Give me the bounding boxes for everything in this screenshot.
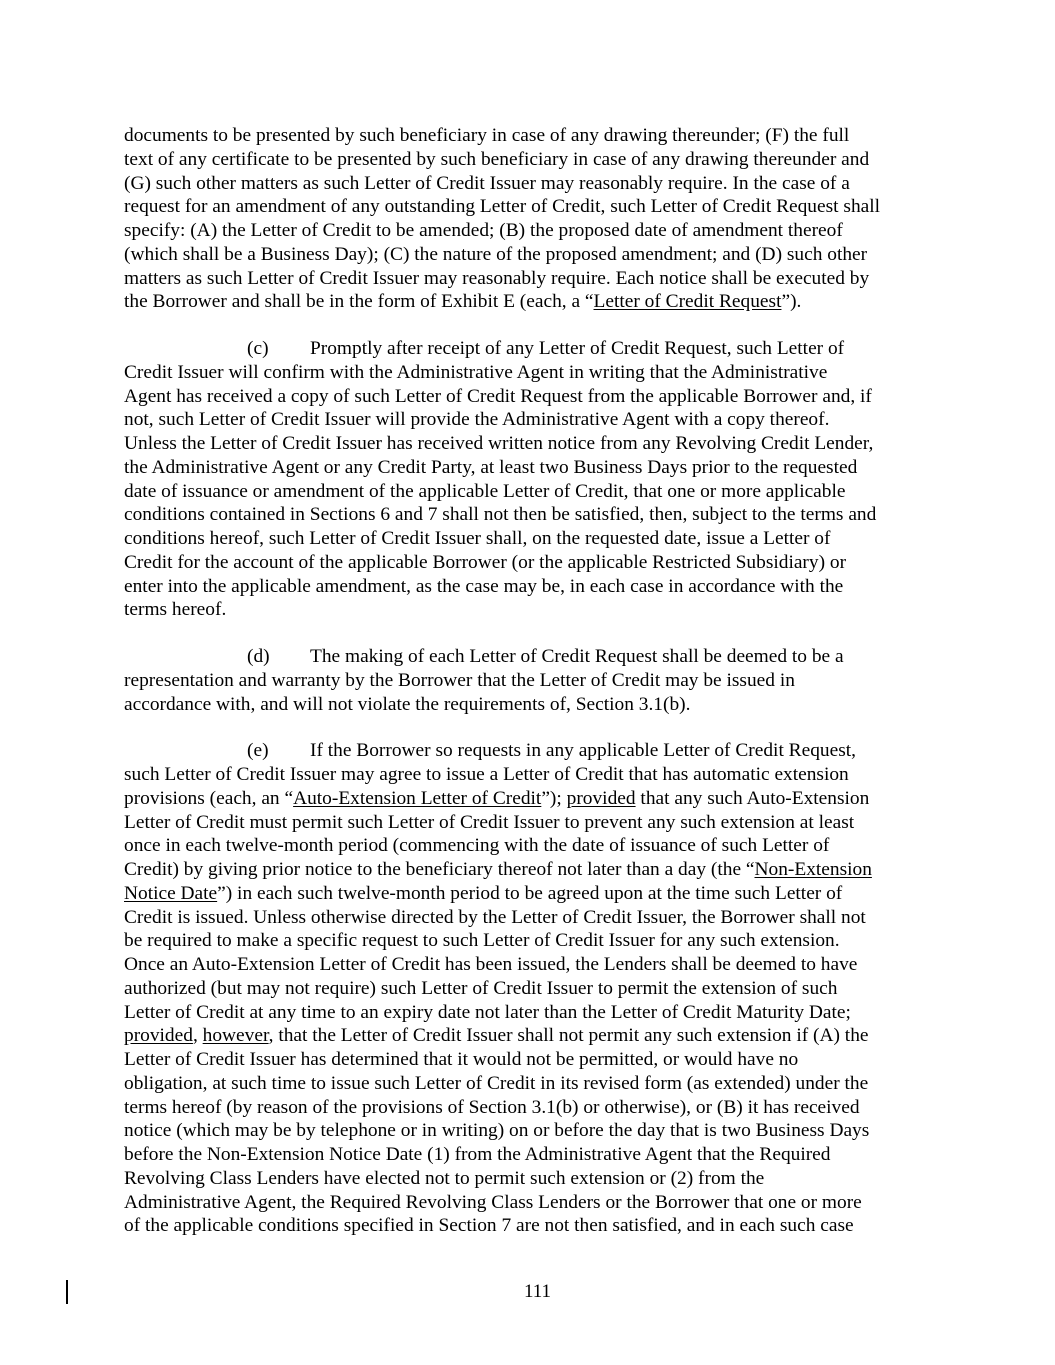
paragraph-continuation: documents to be presented by such benefi… (124, 124, 924, 314)
text-line: obligation, at such time to issue such L… (124, 1072, 924, 1096)
paragraph-label: (e) (247, 739, 310, 763)
text-line: Credit is issued. Unless otherwise direc… (124, 906, 924, 930)
text-line: specify: (A) the Letter of Credit to be … (124, 219, 924, 243)
text-line: documents to be presented by such benefi… (124, 124, 924, 148)
text-line: be required to make a specific request t… (124, 929, 924, 953)
text-run: ”); (541, 788, 566, 809)
text-line: once in each twelve-month period (commen… (124, 834, 924, 858)
text-line: of the applicable conditions specified i… (124, 1214, 924, 1238)
text-line: enter into the applicable amendment, as … (124, 575, 924, 599)
text-line: Once an Auto-Extension Letter of Credit … (124, 953, 924, 977)
text-run: ”). (781, 291, 801, 312)
text-line: the Administrative Agent or any Credit P… (124, 456, 924, 480)
text-line: (e)If the Borrower so requests in any ap… (124, 739, 924, 763)
text-line: conditions contained in Sections 6 and 7… (124, 503, 924, 527)
text-line: Letter of Credit at any time to an expir… (124, 1001, 924, 1025)
text-line: Administrative Agent, the Required Revol… (124, 1191, 924, 1215)
defined-term-non-extension-notice-date: Notice Date (124, 883, 217, 904)
text-line: request for an amendment of any outstand… (124, 195, 924, 219)
text-line: matters as such Letter of Credit Issuer … (124, 267, 924, 291)
text-line: Credit for the account of the applicable… (124, 551, 924, 575)
text-line: provided, however, that the Letter of Cr… (124, 1024, 924, 1048)
text-line: not, such Letter of Credit Issuer will p… (124, 408, 924, 432)
text-run: provisions (each, an “ (124, 788, 293, 809)
text-line: authorized (but may not require) such Le… (124, 977, 924, 1001)
text-line: (d)The making of each Letter of Credit R… (124, 645, 924, 669)
text-line: terms hereof (by reason of the provision… (124, 1096, 924, 1120)
defined-term-letter-of-credit-request: Letter of Credit Request (594, 291, 782, 312)
text-line: date of issuance or amendment of the app… (124, 480, 924, 504)
text-line: Letter of Credit Issuer has determined t… (124, 1048, 924, 1072)
text-run: the Borrower and shall be in the form of… (124, 291, 594, 312)
text-line: Letter of Credit must permit such Letter… (124, 811, 924, 835)
paragraph-d: (d)The making of each Letter of Credit R… (124, 645, 924, 716)
text-line: accordance with, and will not violate th… (124, 693, 924, 717)
text-run: The making of each Letter of Credit Requ… (310, 646, 844, 667)
text-line: representation and warranty by the Borro… (124, 669, 924, 693)
proviso-provided: provided (124, 1025, 193, 1046)
text-line: before the Non-Extension Notice Date (1)… (124, 1143, 924, 1167)
paragraph-label: (d) (247, 645, 310, 669)
text-line: (c)Promptly after receipt of any Letter … (124, 337, 924, 361)
text-line: Revolving Class Lenders have elected not… (124, 1167, 924, 1191)
defined-term-non-extension-notice-date: Non-Extension (755, 859, 872, 880)
text-line: (G) such other matters as such Letter of… (124, 172, 924, 196)
text-run: Credit) by giving prior notice to the be… (124, 859, 755, 880)
text-line: conditions hereof, such Letter of Credit… (124, 527, 924, 551)
text-line: Unless the Letter of Credit Issuer has r… (124, 432, 924, 456)
page-number: 111 (0, 1281, 1055, 1303)
proviso-provided: provided (567, 788, 636, 809)
text-line: Agent has received a copy of such Letter… (124, 385, 924, 409)
text-line: Credit) by giving prior notice to the be… (124, 858, 924, 882)
text-line: Notice Date”) in each such twelve-month … (124, 882, 924, 906)
text-line: (which shall be a Business Day); (C) the… (124, 243, 924, 267)
text-line: notice (which may be by telephone or in … (124, 1119, 924, 1143)
paragraph-c: (c)Promptly after receipt of any Letter … (124, 337, 924, 622)
text-run: ”) in each such twelve-month period to b… (217, 883, 842, 904)
text-run: If the Borrower so requests in any appli… (310, 740, 856, 761)
text-line: terms hereof. (124, 598, 924, 622)
text-line: such Letter of Credit Issuer may agree t… (124, 763, 924, 787)
text-run: , that the Letter of Credit Issuer shall… (269, 1025, 869, 1046)
text-run: that any such Auto-Extension (636, 788, 870, 809)
text-line: provisions (each, an “Auto-Extension Let… (124, 787, 924, 811)
defined-term-auto-extension-letter-of-credit: Auto-Extension Letter of Credit (293, 788, 541, 809)
text-line: the Borrower and shall be in the form of… (124, 290, 924, 314)
text-line: Credit Issuer will confirm with the Admi… (124, 361, 924, 385)
paragraph-e: (e)If the Borrower so requests in any ap… (124, 739, 924, 1238)
text-run: Promptly after receipt of any Letter of … (310, 338, 844, 359)
proviso-however: however (203, 1025, 269, 1046)
text-run: , (193, 1025, 203, 1046)
document-page: documents to be presented by such benefi… (0, 0, 1055, 1365)
page-body: documents to be presented by such benefi… (124, 124, 924, 1261)
text-line: text of any certificate to be presented … (124, 148, 924, 172)
paragraph-label: (c) (247, 337, 310, 361)
